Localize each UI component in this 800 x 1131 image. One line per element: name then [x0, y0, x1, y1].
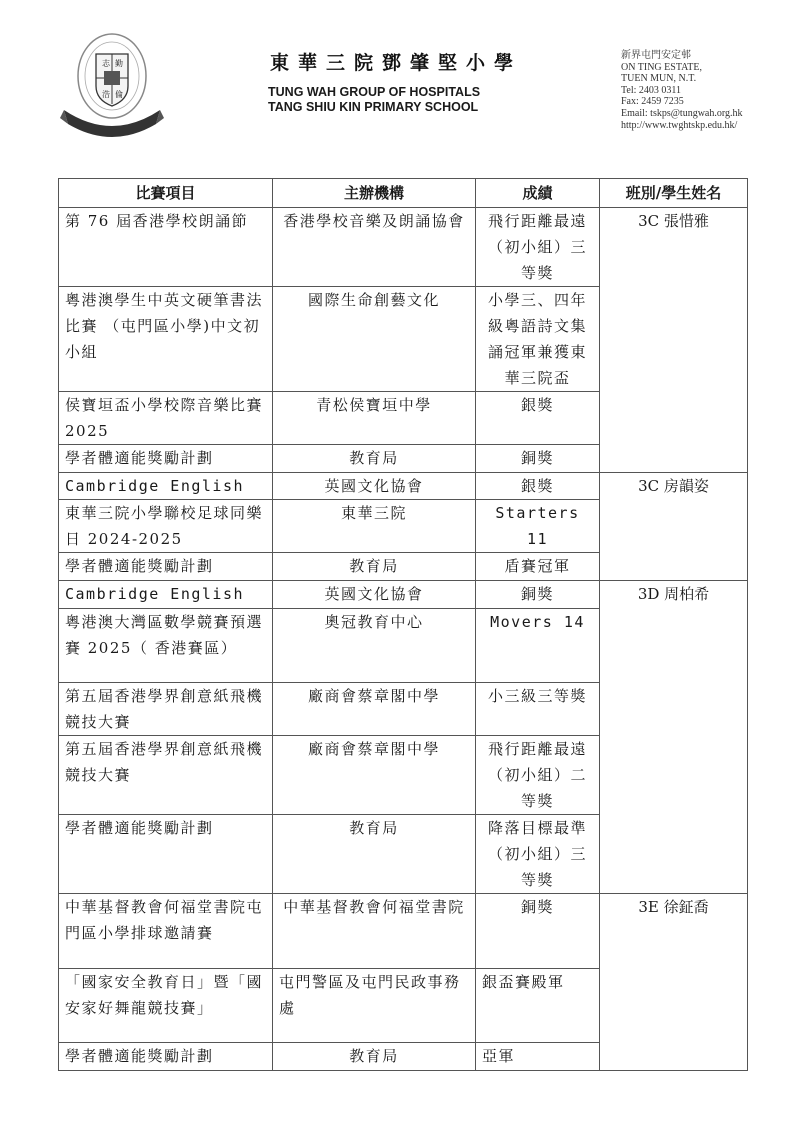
header-event: 比賽項目: [59, 179, 273, 208]
event-cell: 侯寶垣盃小學校際音樂比賽 2025: [59, 392, 273, 445]
table-row: 中華基督教會何福堂書院屯門區小學排球邀請賽 中華基督教會何福堂書院 銅獎 3E …: [59, 894, 748, 969]
svg-text:志: 志: [102, 58, 111, 68]
svg-text:倫: 倫: [115, 89, 123, 99]
event-cell: 粵港澳大灣區數學競賽預選賽 2025（ 香港賽區）: [59, 609, 273, 683]
event-cell: 學者體適能獎勵計劃: [59, 553, 273, 581]
result-cell: 降落目標最準（初小組）三等獎: [476, 815, 600, 894]
organizer-cell: 青松侯寶垣中學: [273, 392, 476, 445]
organizer-cell: 中華基督教會何福堂書院: [273, 894, 476, 969]
organizer-cell: 屯門警區及屯門民政事務處: [273, 969, 476, 1043]
student-cell: 3D 周柏希: [600, 581, 748, 894]
telephone: Tel: 2403 0311: [621, 85, 743, 97]
header-result: 成績: [476, 179, 600, 208]
event-cell: 學者體適能獎勵計劃: [59, 815, 273, 894]
svg-text:勤: 勤: [115, 58, 123, 68]
organizer-cell: 奧冠教育中心: [273, 609, 476, 683]
result-cell: 小三級三等獎: [476, 683, 600, 736]
event-cell: 學者體適能獎勵計劃: [59, 1043, 273, 1071]
organizer-cell: 英國文化協會: [273, 581, 476, 609]
table-row: 第 76 屆香港學校朗誦節 香港學校音樂及朗誦協會 飛行距離最遠（初小組）三等獎…: [59, 208, 748, 287]
svg-text:浩: 浩: [102, 89, 110, 99]
school-name-english-line1: TUNG WAH GROUP OF HOSPITALS: [268, 85, 568, 100]
event-cell: 粵港澳學生中英文硬筆書法比賽 （屯門區小學)中文初小組: [59, 287, 273, 392]
result-cell: 亞軍: [476, 1043, 600, 1071]
result-cell: Movers 14: [476, 609, 600, 683]
result-cell: 銅獎: [476, 894, 600, 969]
event-cell: 中華基督教會何福堂書院屯門區小學排球邀請賽: [59, 894, 273, 969]
event-cell: 第五屆香港學界創意紙飛機競技大賽: [59, 683, 273, 736]
awards-table: 比賽項目 主辦機構 成績 班別/學生姓名 第 76 屆香港學校朗誦節 香港學校音…: [58, 178, 748, 1071]
organizer-cell: 教育局: [273, 445, 476, 473]
fax: Fax: 2459 7235: [621, 96, 743, 108]
organizer-cell: 英國文化協會: [273, 473, 476, 500]
event-cell: 東華三院小學聯校足球同樂日 2024-2025: [59, 500, 273, 553]
result-cell: 銀獎: [476, 473, 600, 500]
organizer-cell: 教育局: [273, 1043, 476, 1071]
organizer-cell: 國際生命創藝文化: [273, 287, 476, 392]
result-cell: 銀盃賽殿軍: [476, 969, 600, 1043]
address-line-district: TUEN MUN, N.T.: [621, 73, 743, 85]
student-cell: 3C 房韻姿: [600, 473, 748, 581]
table-header-row: 比賽項目 主辦機構 成績 班別/學生姓名: [59, 179, 748, 208]
school-name-english-line2: TANG SHIU KIN PRIMARY SCHOOL: [268, 100, 568, 115]
event-cell: 學者體適能獎勵計劃: [59, 445, 273, 473]
result-cell: 小學三、四年級粵語詩文集誦冠軍兼獲東華三院盃: [476, 287, 600, 392]
result-cell: Starters 11: [476, 500, 600, 553]
header-organizer: 主辦機構: [273, 179, 476, 208]
organizer-cell: 廠商會蔡章閣中學: [273, 683, 476, 736]
header-student: 班別/學生姓名: [600, 179, 748, 208]
school-crest-icon: 志 勤 浩 倫: [60, 30, 165, 140]
school-name-chinese: 東華三院鄧肇堅小學: [270, 48, 568, 75]
school-name-block: 東華三院鄧肇堅小學 TUNG WAH GROUP OF HOSPITALS TA…: [268, 48, 568, 115]
event-cell: 第五屆香港學界創意紙飛機競技大賽: [59, 736, 273, 815]
result-cell: 飛行距離最遠（初小組）二等獎: [476, 736, 600, 815]
letterhead: 志 勤 浩 倫 東華三院鄧肇堅小學 TUNG WAH GROUP OF HOSP…: [0, 0, 800, 150]
contact-address: 新界屯門安定邨 ON TING ESTATE, TUEN MUN, N.T. T…: [621, 50, 743, 131]
result-cell: 銀獎: [476, 392, 600, 445]
result-cell: 飛行距離最遠（初小組）三等獎: [476, 208, 600, 287]
organizer-cell: 東華三院: [273, 500, 476, 553]
result-cell: 銅獎: [476, 581, 600, 609]
organizer-cell: 香港學校音樂及朗誦協會: [273, 208, 476, 287]
organizer-cell: 教育局: [273, 553, 476, 581]
event-cell: Cambridge English: [59, 581, 273, 609]
organizer-cell: 教育局: [273, 815, 476, 894]
event-cell: 第 76 屆香港學校朗誦節: [59, 208, 273, 287]
organizer-cell: 廠商會蔡章閣中學: [273, 736, 476, 815]
website-link[interactable]: http://www.twghtskp.edu.hk/: [621, 120, 743, 132]
result-cell: 銅獎: [476, 445, 600, 473]
address-line-chinese: 新界屯門安定邨: [621, 50, 743, 62]
address-line-estate: ON TING ESTATE,: [621, 62, 743, 74]
student-cell: 3C 張惜雅: [600, 208, 748, 473]
event-cell: 「國家安全教育日」暨「國安家好舞龍競技賽」: [59, 969, 273, 1043]
student-cell: 3E 徐鉦喬: [600, 894, 748, 1071]
email-link[interactable]: Email: tskps@tungwah.org.hk: [621, 108, 743, 120]
table-row: Cambridge English 英國文化協會 銀獎 3C 房韻姿: [59, 473, 748, 500]
result-cell: 盾賽冠軍: [476, 553, 600, 581]
school-logo: 志 勤 浩 倫: [60, 30, 165, 140]
table-row: Cambridge English 英國文化協會 銅獎 3D 周柏希: [59, 581, 748, 609]
event-cell: Cambridge English: [59, 473, 273, 500]
